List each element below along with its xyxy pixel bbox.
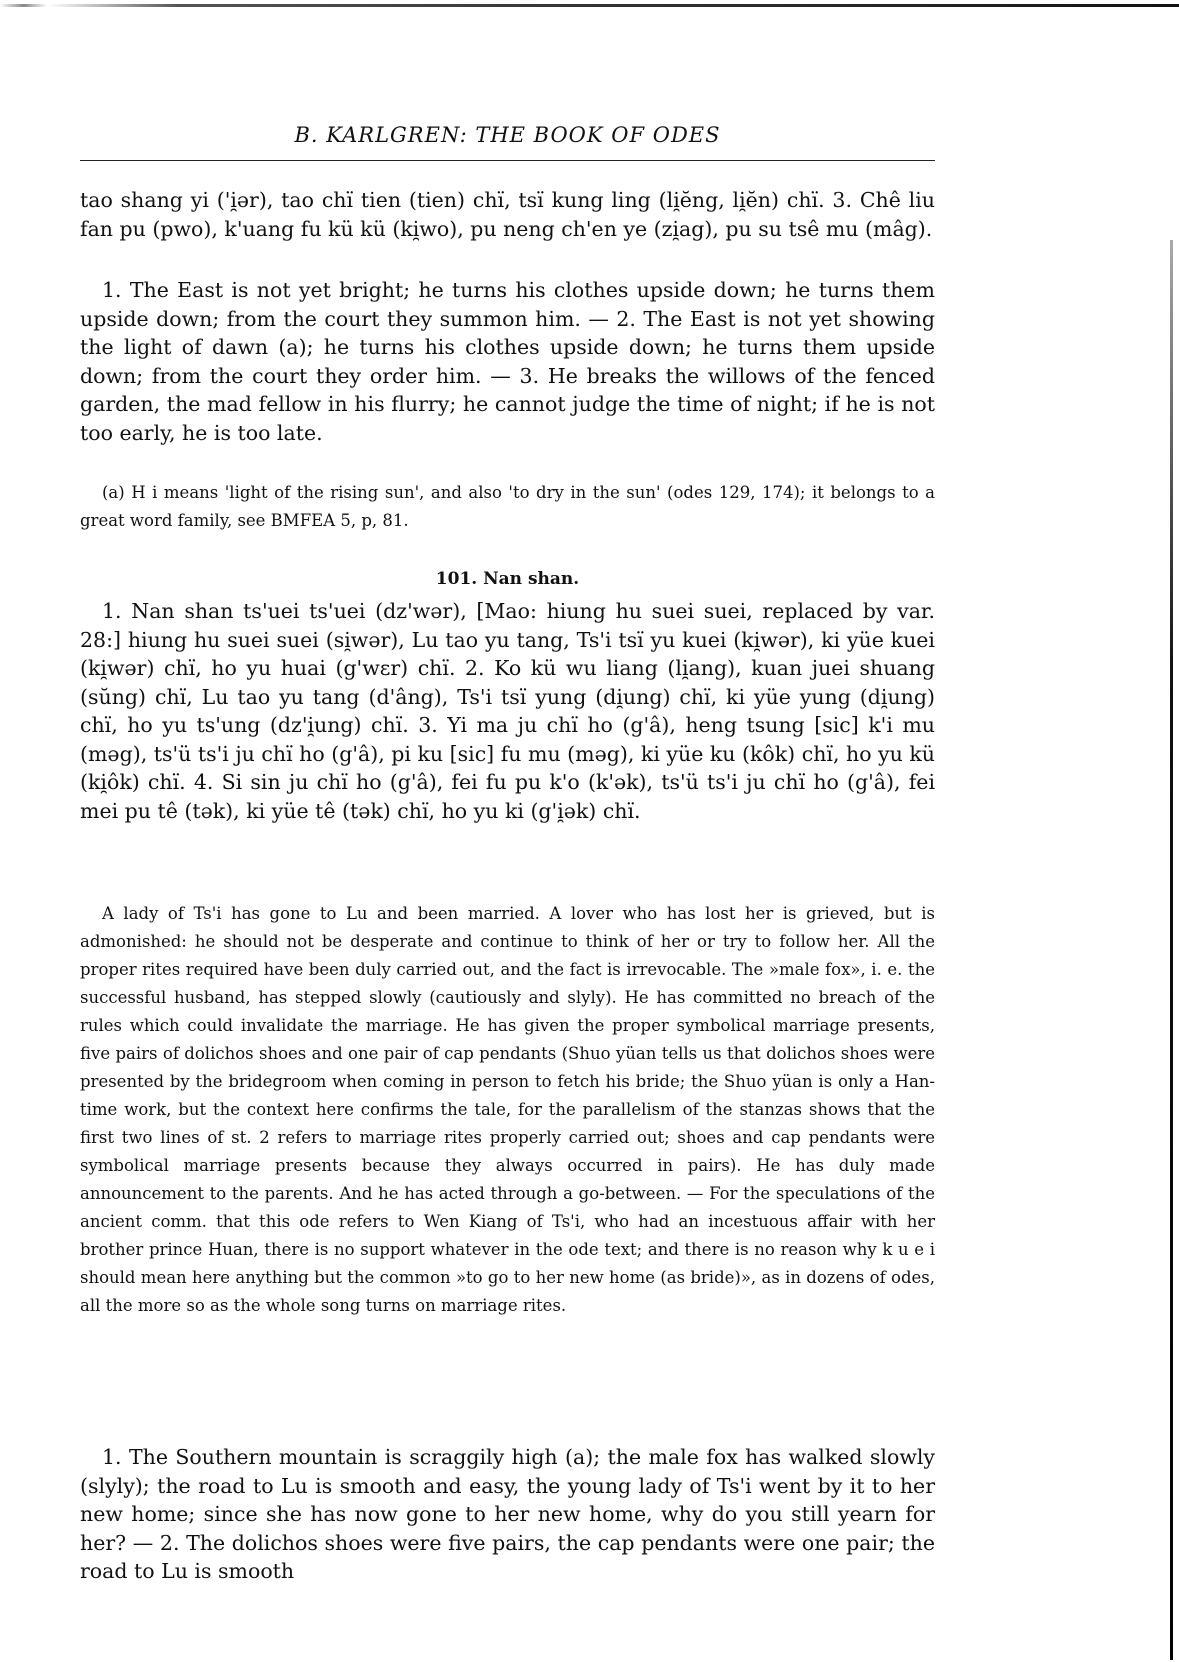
section-title: 101. Nan shan.: [80, 569, 935, 589]
paragraph-romanization-101: 1. Nan shan ts'uei ts'uei (dz'wər), [Mao…: [80, 597, 935, 825]
header-rule: [80, 160, 935, 161]
paragraph-romanization-end: tao shang yi ('i̯ər), tao chï tien (tien…: [80, 186, 935, 243]
paragraph-translation-100: 1. The East is not yet bright; he turns …: [80, 276, 935, 447]
paragraph-translation-101: 1. The Southern mountain is scraggily hi…: [80, 1443, 935, 1586]
scan-edge-top: [0, 4, 1179, 7]
commentary-paragraph: A lady of Ts'i has gone to Lu and been m…: [80, 900, 935, 1320]
footnote-a: (a) H i means 'light of the rising sun',…: [80, 479, 935, 535]
scan-edge-right: [1170, 240, 1173, 1660]
running-head: B. KARLGREN: THE BOOK OF ODES: [80, 123, 935, 147]
